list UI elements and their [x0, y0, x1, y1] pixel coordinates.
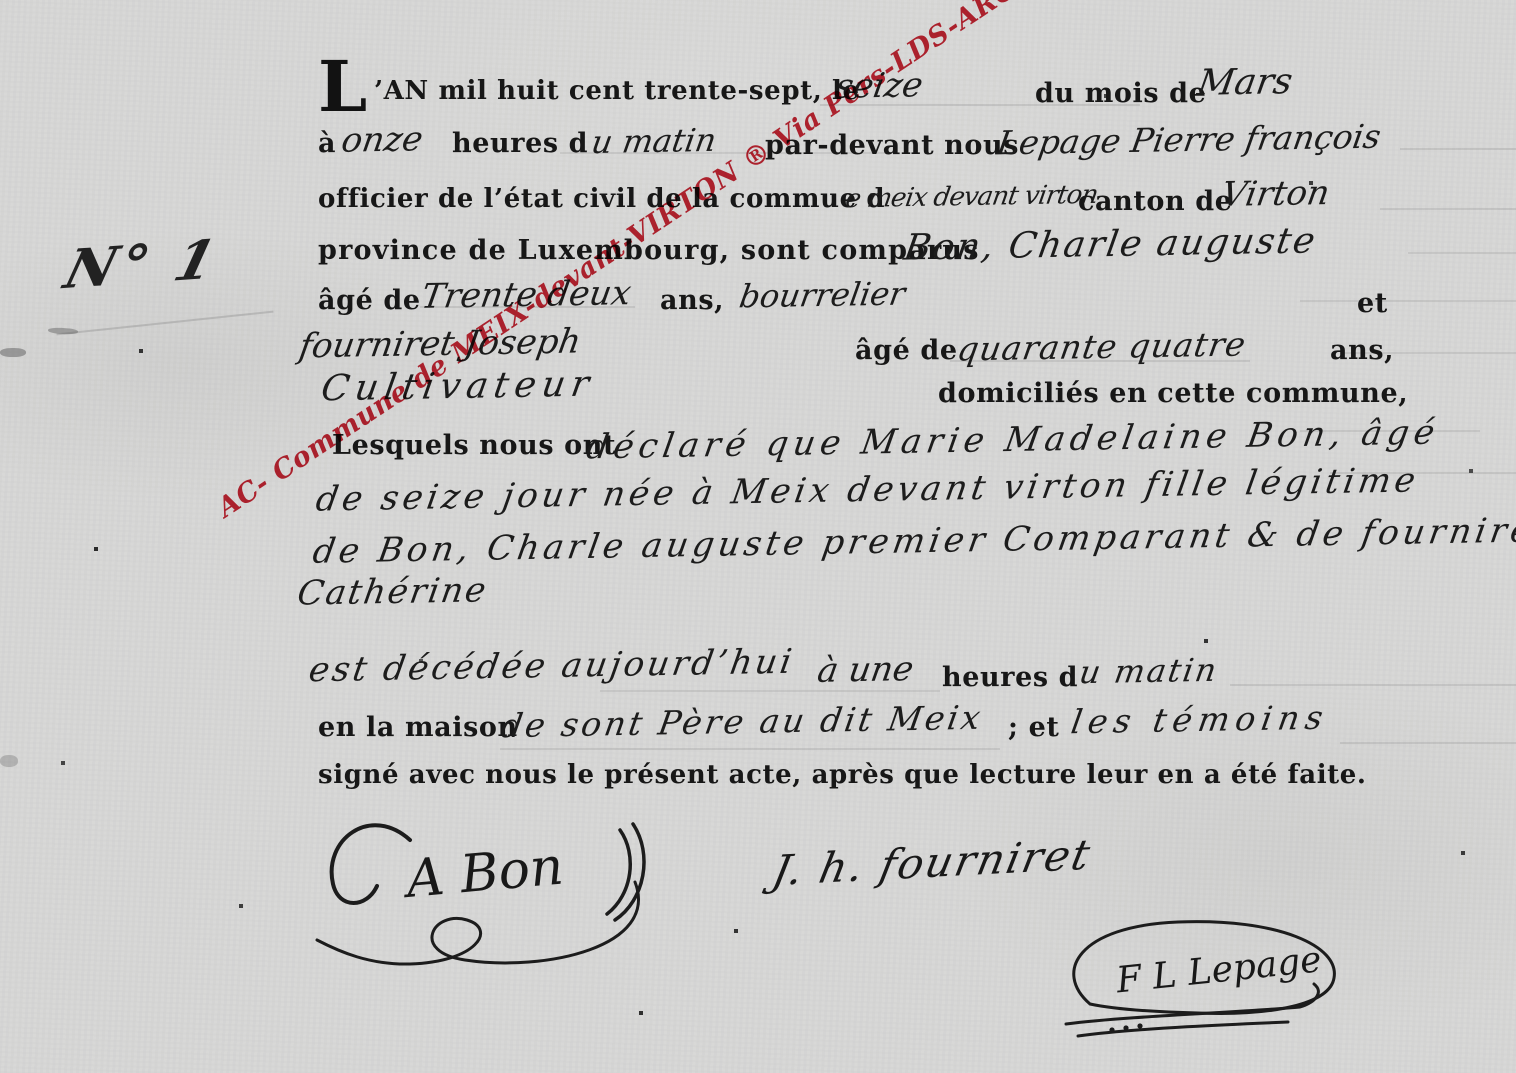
- line1-handwritten-month: Mars: [1195, 61, 1296, 104]
- signature-bon: A Bon: [315, 812, 745, 982]
- line14-printed-closing: signé avec nous le présent acte, après q…: [318, 760, 1367, 790]
- line1-printed-month-label: du mois de: [1035, 78, 1206, 109]
- scan-smudge: [0, 348, 26, 357]
- line2-handwritten-du-matin: u matin: [589, 121, 719, 161]
- dropcap-L: L: [318, 52, 367, 122]
- line7-printed-domicilies: domiciliés en cette commune,: [938, 378, 1408, 409]
- ruled-line: [600, 690, 940, 692]
- line4-handwritten-declarant1: Bon, Charle auguste: [901, 220, 1320, 268]
- line3-printed-canton: canton de: [1078, 186, 1233, 217]
- line6-handwritten-age2: quarante quatre: [954, 324, 1249, 368]
- line6-printed-ans: ans,: [1330, 335, 1394, 366]
- death-act-scan: N° 1 L ’AN mil huit cent trente-sept, le…: [0, 0, 1516, 1073]
- scan-smudge: [48, 327, 78, 335]
- ruled-line: [1340, 742, 1516, 744]
- line12-handwritten-du-matin: u matin: [1077, 651, 1221, 691]
- line10-handwritten-parents: de Bon, Charle auguste premier Comparant…: [310, 510, 1516, 572]
- line5-printed-et: et: [1357, 288, 1388, 319]
- ruled-line: [1408, 252, 1516, 254]
- line2-handwritten-hour: onze: [339, 119, 426, 160]
- line5-handwritten-profession: bourrelier: [737, 275, 908, 316]
- line5-printed-age: âgé de: [318, 285, 421, 316]
- signature-lepage-text: F L Lepage: [1113, 939, 1323, 1001]
- signature-fourniret: J. h. fourniret: [768, 830, 1096, 895]
- line8-printed-lesquels: Lesquels nous ont: [332, 430, 616, 461]
- line3-handwritten-canton-name: Virton: [1219, 173, 1333, 215]
- line12-handwritten-deceased: est décédée aujourd’hui: [306, 642, 797, 690]
- line13-handwritten-house: de sont Père au dit Meix: [498, 698, 986, 745]
- line8-handwritten-declaration: déclaré que Marie Madelaine Bon, âgé: [584, 413, 1443, 468]
- line11-handwritten-catherine: Cathérine: [295, 570, 491, 613]
- line2-printed-heures: heures d: [452, 128, 588, 159]
- signature-bon-text: A Bon: [400, 837, 566, 911]
- ruled-line: [1380, 208, 1516, 210]
- scan-smudge: [0, 755, 18, 767]
- line12-handwritten-a-une: à une: [815, 649, 917, 691]
- line2-handwritten-officer-name: Lepage Pierre françois: [994, 117, 1383, 163]
- signature-lepage: F L Lepage: [1048, 912, 1358, 1052]
- line13-printed-maison: en la maison: [318, 712, 518, 743]
- ruled-line: [1230, 684, 1516, 686]
- line13-printed-et: ; et: [1008, 712, 1059, 743]
- line12-printed-heures: heures d: [942, 662, 1078, 693]
- line1-printed-year: ’AN mil huit cent trente-sept, le: [374, 76, 860, 106]
- ruled-line: [1300, 300, 1516, 302]
- line5-printed-ans: ans,: [660, 285, 724, 316]
- line3-printed-officier: officier de l’état civil de la commue d: [318, 184, 885, 214]
- act-number: N° 1: [58, 227, 226, 301]
- line9-handwritten-birth-info: de seize jour née à Meix devant virton f…: [313, 460, 1422, 519]
- ruled-line: [500, 748, 1000, 750]
- line6-printed-age: âgé de: [855, 335, 958, 366]
- scan-specks: [0, 0, 2, 2]
- line13-handwritten-temoins: les témoins: [1069, 698, 1332, 741]
- line2-printed-a: à: [318, 128, 336, 159]
- line3-handwritten-commune: e meix devant virton: [843, 180, 1099, 214]
- margin-underline: [56, 311, 273, 336]
- ruled-line: [1400, 148, 1516, 150]
